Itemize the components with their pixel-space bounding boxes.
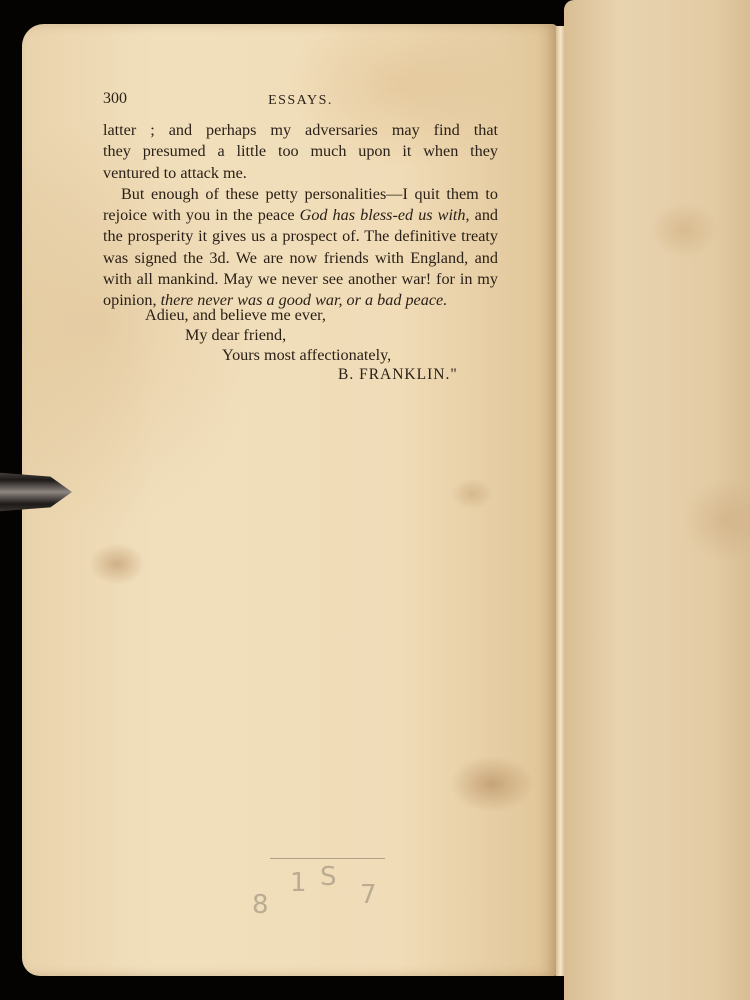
text-line: ventured to attack me. — [103, 163, 498, 184]
signature: B. FRANKLIN." — [338, 366, 458, 384]
pencil-underline — [270, 858, 385, 859]
page-body: latter ; and perhaps my adversaries may … — [103, 120, 498, 312]
pencil-mark: 7 — [360, 880, 377, 910]
right-book-page — [564, 0, 750, 1000]
page-header: 300 ESSAYS. — [103, 90, 498, 112]
paragraph-2: But enough of these petty personalities—… — [103, 184, 498, 312]
closing-line-yours: Yours most affectionately, — [222, 346, 391, 365]
text-line: they presumed a little too much upon it … — [103, 141, 498, 162]
closing-line-adieu: Adieu, and believe me ever, — [145, 306, 326, 325]
text-line: latter ; and perhaps my adversaries may … — [103, 120, 498, 141]
pencil-mark: S — [320, 862, 337, 892]
italic-text-run: God has bless-ed us with — [300, 206, 466, 224]
pencil-mark: 1 — [290, 868, 307, 898]
pencil-mark: 8 — [252, 890, 269, 920]
paragraph-1: latter ; and perhaps my adversaries may … — [103, 120, 498, 184]
running-head: ESSAYS. — [103, 93, 498, 109]
closing-line-friend: My dear friend, — [185, 326, 286, 345]
